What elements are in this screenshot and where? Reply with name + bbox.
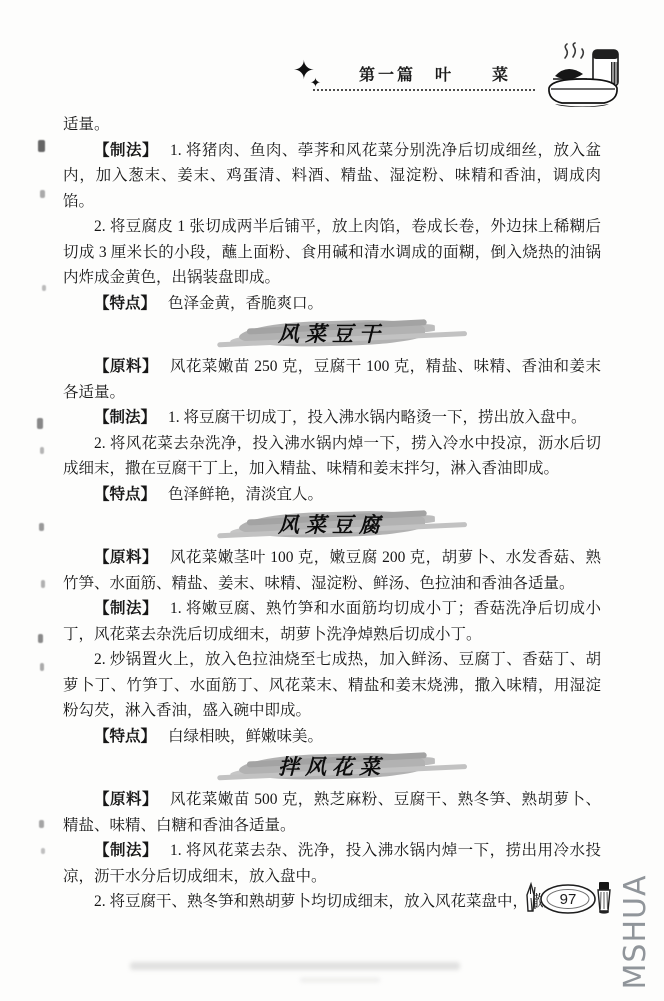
method-label: 【制法】 (94, 600, 158, 617)
paragraph: 【原料】风花菜嫩茎叶 100 克，嫩豆腐 200 克，胡萝卜、水发香菇、熟竹笋、… (63, 545, 601, 596)
paragraph: 【制法】1. 将猪肉、鱼肉、荸荠和风花菜分别洗净后切成细丝，放入盆内，加入葱末、… (63, 138, 601, 215)
chapter-header: ✦ ✦ 第一篇 叶 菜 (293, 54, 633, 116)
method-label: 【制法】 (94, 842, 158, 859)
page-number-plate: 97 (522, 880, 614, 918)
ingredients-label: 【原料】 (94, 549, 158, 566)
watermark-text: MSHUA (618, 875, 653, 990)
scan-artifact (39, 523, 44, 531)
paragraph: 2. 将豆腐皮 1 张切成两半后铺平，放上肉馅，卷成长卷，外边抹上稀糊后切成 3… (63, 214, 601, 291)
paragraph: 2. 将豆腐干、熟冬笋和熟胡萝卜均切成细末，放入风花菜盘中，撒入熟 (63, 889, 601, 915)
recipe-title-banner: 风菜豆腐 (225, 510, 439, 540)
scan-artifact (42, 285, 46, 291)
scan-artifact (39, 820, 44, 828)
steaming-dish-icon (543, 42, 623, 108)
paragraph: 【特点】色泽金黄，香脆爽口。 (63, 291, 601, 317)
ingredients-label: 【原料】 (94, 358, 158, 375)
ingredients-label: 【原料】 (94, 791, 158, 808)
paragraph: 2. 将风花菜去杂洗净，投入沸水锅内焯一下，捞入冷水中投凉，沥水后切成细末，撒在… (63, 431, 601, 482)
fork-icon (527, 884, 535, 911)
paragraph: 【原料】风花菜嫩苗 250 克，豆腐干 100 克，精盐、味精、香油和姜末各适量… (63, 354, 601, 405)
scan-smudge (300, 978, 380, 982)
paragraph: 【制法】1. 将豆腐干切成丁，投入沸水锅内略烫一下，捞出放入盘中。 (63, 405, 601, 431)
recipe-title: 风菜豆干 (225, 319, 439, 349)
scan-artifact (40, 190, 45, 198)
feature-label: 【特点】 (94, 295, 156, 312)
scan-artifact (40, 447, 44, 454)
scan-artifact (38, 634, 43, 643)
scan-artifact (41, 848, 45, 854)
star-small-icon: ✦ (310, 76, 321, 89)
recipe-title: 拌风花菜 (225, 752, 439, 782)
paragraph: 【原料】风花菜嫩苗 500 克，熟芝麻粉、豆腐干、熟冬笋、熟胡萝卜、精盐、味精、… (63, 787, 601, 838)
paragraph: 【制法】1. 将嫩豆腐、熟竹笋和水面筋均切成小丁；香菇洗净后切成小丁，风花菜去杂… (63, 596, 601, 647)
recipe-title-banner: 拌风花菜 (225, 752, 439, 782)
scan-artifact (41, 580, 45, 588)
paragraph: 【特点】色泽鲜艳，清淡宜人。 (63, 482, 601, 508)
scan-artifact (38, 140, 45, 152)
scan-artifact (37, 418, 43, 429)
chapter-title: 第一篇 叶 菜 (345, 62, 525, 85)
scan-smudge (130, 962, 460, 970)
page-content: 适量。 【制法】1. 将猪肉、鱼肉、荸荠和风花菜分别洗净后切成细丝，放入盆内，加… (63, 112, 601, 915)
feature-label: 【特点】 (94, 486, 156, 503)
scan-artifact (40, 663, 44, 671)
recipe-title-banner: 风菜豆干 (225, 319, 439, 349)
feature-label: 【特点】 (94, 728, 156, 745)
paragraph: 【特点】白绿相映，鲜嫩味美。 (63, 724, 601, 750)
page-number: 97 (560, 891, 577, 908)
book-page: ✦ ✦ 第一篇 叶 菜 适量。 【制法】1. 将猪肉、鱼肉、荸荠和风花菜分别洗净… (0, 0, 664, 1001)
paragraph: 适量。 (63, 112, 601, 138)
paragraph: 2. 炒锅置火上，放入色拉油烧至七成热，加入鲜汤、豆腐丁、香菇丁、胡萝卜丁、竹笋… (63, 647, 601, 724)
bottle-icon (598, 882, 610, 914)
paragraph: 【制法】1. 将风花菜去杂、洗净，投入沸水锅内焯一下，捞出用冷水投凉，沥干水分后… (63, 838, 601, 889)
recipe-title: 风菜豆腐 (225, 510, 439, 540)
dotted-rule (313, 89, 535, 91)
method-label: 【制法】 (94, 409, 156, 426)
method-label: 【制法】 (94, 142, 158, 159)
